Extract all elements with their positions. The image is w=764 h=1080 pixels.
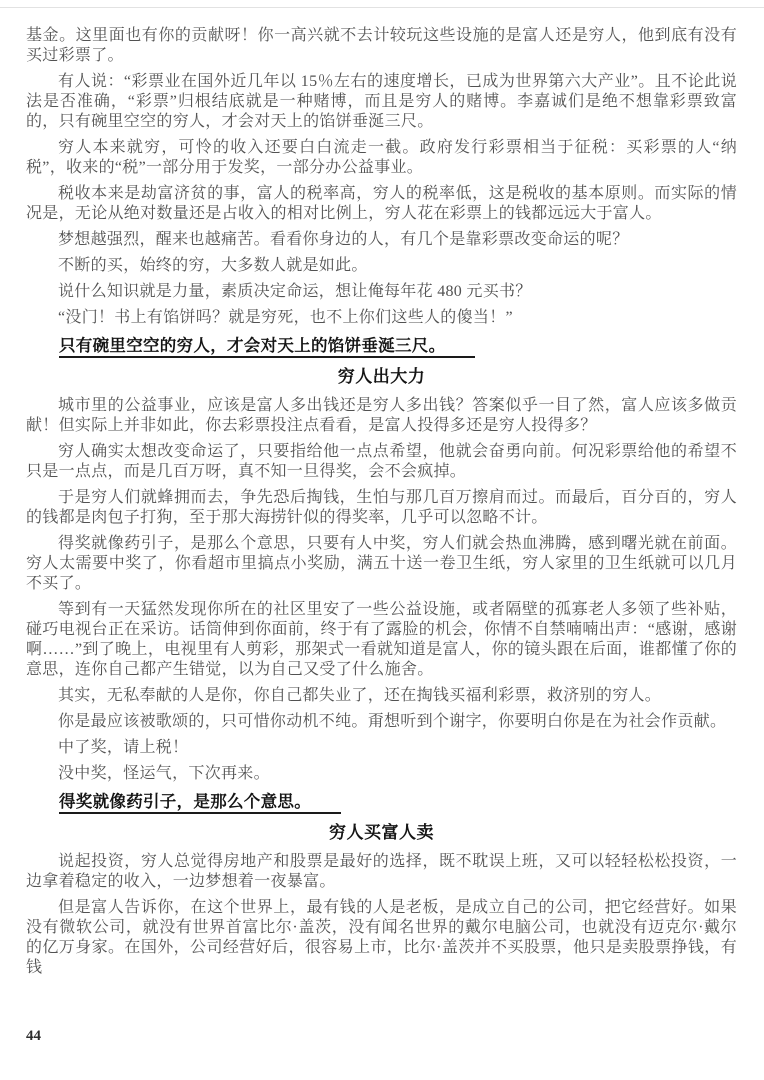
paragraph: 税收本来是劫富济贫的事，富人的税率高，穷人的税率低，这是税收的基本原则。而实际的… [26,184,737,224]
paragraph: 说什么知识就是力量，素质决定命运，想让俺每年花 480 元买书？ [26,282,737,302]
paragraph: 中了奖，请上税！ [26,738,737,758]
paragraph: 得奖就像药引子，是那么个意思，只要有人中奖，穷人们就会热血沸腾，感到曙光就在前面… [26,534,737,594]
paragraph: 等到有一天猛然发现你所在的社区里安了一些公益设施，或者隔壁的孤寡老人多领了些补贴… [26,600,737,680]
emphasis-text: 得奖就像药引子，是那么个意思。 [59,792,341,814]
section-heading: 穷人出大力 [26,366,737,388]
paragraph: 有人说：“彩票业在国外近几年以 15％左右的速度增长，已成为世界第六大产业”。且… [26,72,737,132]
paragraph: 你是最应该被歌颂的，只可惜你动机不纯。甭想听到个谢字，你要明白你是在为社会作贡献… [26,712,737,732]
emphasis-line: 只有碗里空空的穷人，才会对天上的馅饼垂涎三尺。 [26,334,737,357]
paragraph: 梦想越强烈，醒来也越痛苦。看看你身边的人，有几个是靠彩票改变命运的呢？ [26,230,737,250]
emphasis-line: 得奖就像药引子，是那么个意思。 [26,790,737,813]
paragraph: 城市里的公益事业，应该是富人多出钱还是穷人多出钱？答案似乎一目了然，富人应该多做… [26,396,737,436]
paragraph: 但是富人告诉你，在这个世界上，最有钱的人是老板，是成立自己的公司，把它经营好。如… [26,898,737,978]
section-heading: 穷人买富人卖 [26,822,737,844]
emphasis-text: 只有碗里空空的穷人，才会对天上的馅饼垂涎三尺。 [59,336,475,358]
paragraph: 其实，无私奉献的人是你，你自己都失业了，还在掏钱买福利彩票，救济别的穷人。 [26,686,737,706]
paragraph: 于是穷人们就蜂拥而去，争先恐后掏钱，生怕与那几百万擦肩而过。而最后，百分百的，穷… [26,488,737,528]
paragraph: “没门！书上有馅饼吗？就是穷死，也不上你们这些人的傻当！” [26,308,737,328]
scan-artifact-line [0,7,764,8]
paragraph: 穷人本来就穷，可怜的收入还要白白流走一截。政府发行彩票相当于征税：买彩票的人“纳… [26,138,737,178]
page-number: 44 [26,1028,737,1045]
paragraph: 没中奖，怪运气，下次再来。 [26,764,737,784]
page-content: 基金。这里面也有你的贡献呀！你一高兴就不去计较玩这些设施的是富人还是穷人，他到底… [0,0,764,978]
paragraph: 说起投资，穷人总觉得房地产和股票是最好的选择，既不耽误上班，又可以轻轻松松投资，… [26,852,737,892]
paragraph: 基金。这里面也有你的贡献呀！你一高兴就不去计较玩这些设施的是富人还是穷人，他到底… [26,26,737,66]
paragraph: 不断的买，始终的穷，大多数人就是如此。 [26,256,737,276]
book-page: 基金。这里面也有你的贡献呀！你一高兴就不去计较玩这些设施的是富人还是穷人，他到底… [0,0,764,1080]
page-footer: 44 [0,984,764,1045]
paragraph: 穷人确实太想改变命运了，只要指给他一点点希望，他就会奋勇向前。何况彩票给他的希望… [26,442,737,482]
